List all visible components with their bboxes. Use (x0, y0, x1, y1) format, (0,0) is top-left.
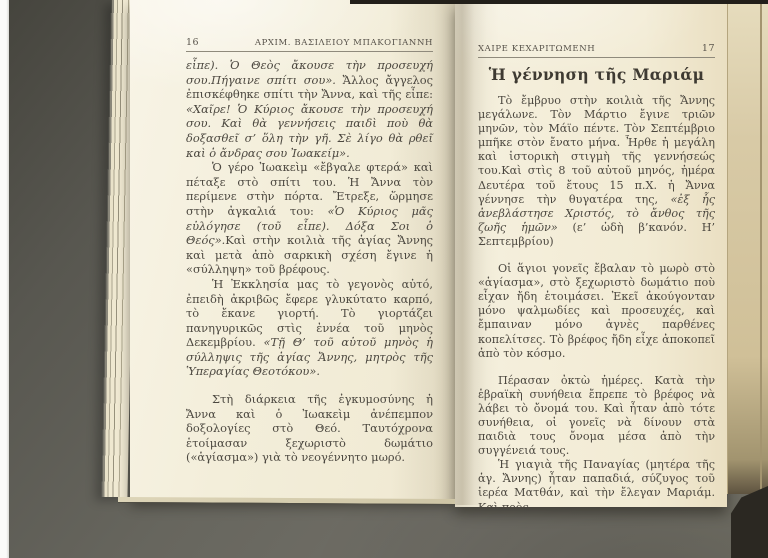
left-page-number: 16 (186, 37, 199, 48)
right-page-body: Τὸ ἔμβρυο στὴν κοιλιὰ τῆς Ἄννης μεγάλωνε… (478, 94, 715, 507)
left-running-header-text: ΑΡΧΙΜ. ΒΑΣΙΛΕΙΟΥ ΜΠΑΚΟΓΙΑΝΝΗ (255, 38, 433, 48)
paragraph: εἶπε). Ὁ Θεὸς ἄκουσε τὴν προσευχή σου.Πή… (186, 58, 433, 160)
section-title: Ἡ γέννηση τῆς Μαριάμ (478, 65, 715, 84)
paragraph: Ὁ γέρο Ἰωακεὶμ «ἔβγαλε φτερά» καὶ πέταξε… (186, 160, 433, 277)
paragraph: Τὸ ἔμβρυο στὴν κοιλιὰ τῆς Ἄννης μεγάλωνε… (478, 94, 715, 249)
paragraph: Ἡ Ἐκκλησία μας τὸ γεγονὸς αὐτό, ἐπειδὴ ἀ… (186, 277, 433, 379)
left-page-body: εἶπε). Ὁ Θεὸς ἄκουσε τὴν προσευχή σου.Πή… (186, 58, 433, 465)
scan-dark-corner (731, 486, 768, 558)
paragraph: Ἡ γιαγιὰ τῆς Παναγίας (μητέρα τῆς ἁγ. Ἄν… (478, 458, 715, 507)
scanner-edge (0, 0, 9, 558)
paragraph: Στὴ διάρκεια τῆς ἐγκυμοσύνης ἡ Ἄννα καὶ … (186, 392, 433, 465)
right-page-number: 17 (702, 43, 715, 54)
closed-pages-edge (727, 2, 768, 494)
left-page: 16 ΑΡΧΙΜ. ΒΑΣΙΛΕΙΟΥ ΜΠΑΚΟΓΙΑΝΝΗ εἶπε). Ὁ… (130, 0, 455, 499)
paragraph: Πέρασαν ὀκτὼ ἡμέρες. Κατὰ τὴν ἑβραϊκὴ συ… (478, 374, 715, 459)
right-running-head: ΧΑΙΡΕ ΚΕΧΑΡΙΤΩΜΕΝΗ 17 (478, 43, 715, 58)
right-running-header-text: ΧΑΙΡΕ ΚΕΧΑΡΙΤΩΜΕΝΗ (478, 44, 595, 54)
bottom-sheet-edge (118, 497, 455, 505)
left-running-head: 16 ΑΡΧΙΜ. ΒΑΣΙΛΕΙΟΥ ΜΠΑΚΟΓΙΑΝΝΗ (186, 37, 433, 52)
scan-dark-edge (350, 0, 768, 4)
right-page: ΧΑΙΡΕ ΚΕΧΑΡΙΤΩΜΕΝΗ 17 Ἡ γέννηση τῆς Μαρι… (455, 3, 727, 507)
book-scan: 16 ΑΡΧΙΜ. ΒΑΣΙΛΕΙΟΥ ΜΠΑΚΟΓΙΑΝΝΗ εἶπε). Ὁ… (0, 0, 768, 558)
paragraph: Οἱ ἅγιοι γονεῖς ἔβαλαν τὸ μωρὸ στὸ «ἁγία… (478, 262, 715, 361)
